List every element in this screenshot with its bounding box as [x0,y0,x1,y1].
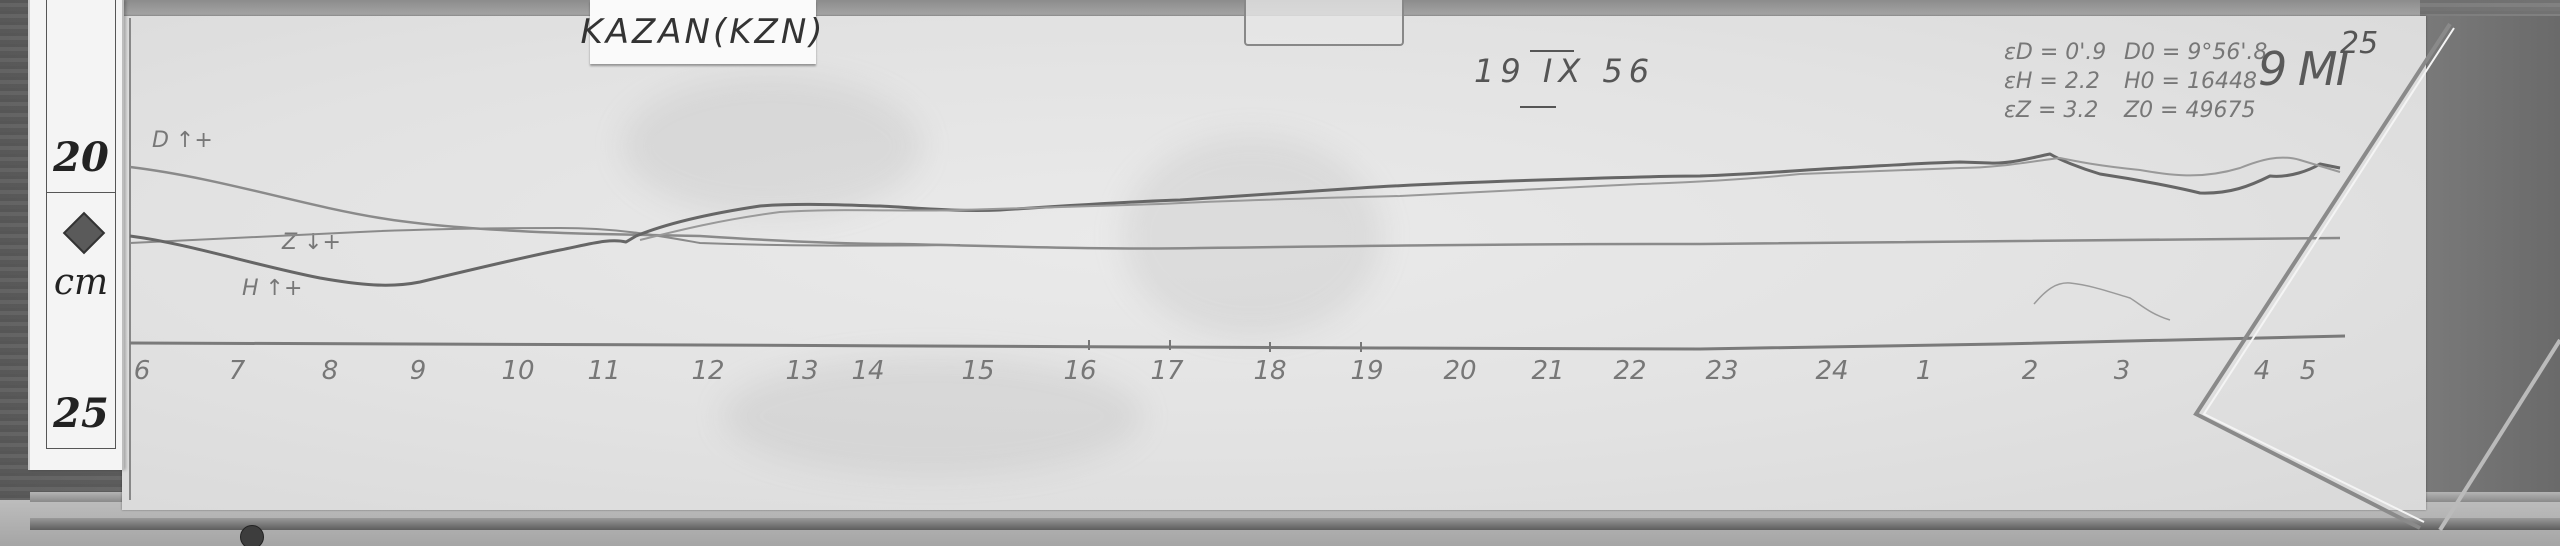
faint-trace [2034,283,2170,320]
trace-d [130,167,2340,249]
time-baseline [130,336,2345,349]
trace-h [130,154,2340,285]
magnetogram-traces [0,0,2560,546]
